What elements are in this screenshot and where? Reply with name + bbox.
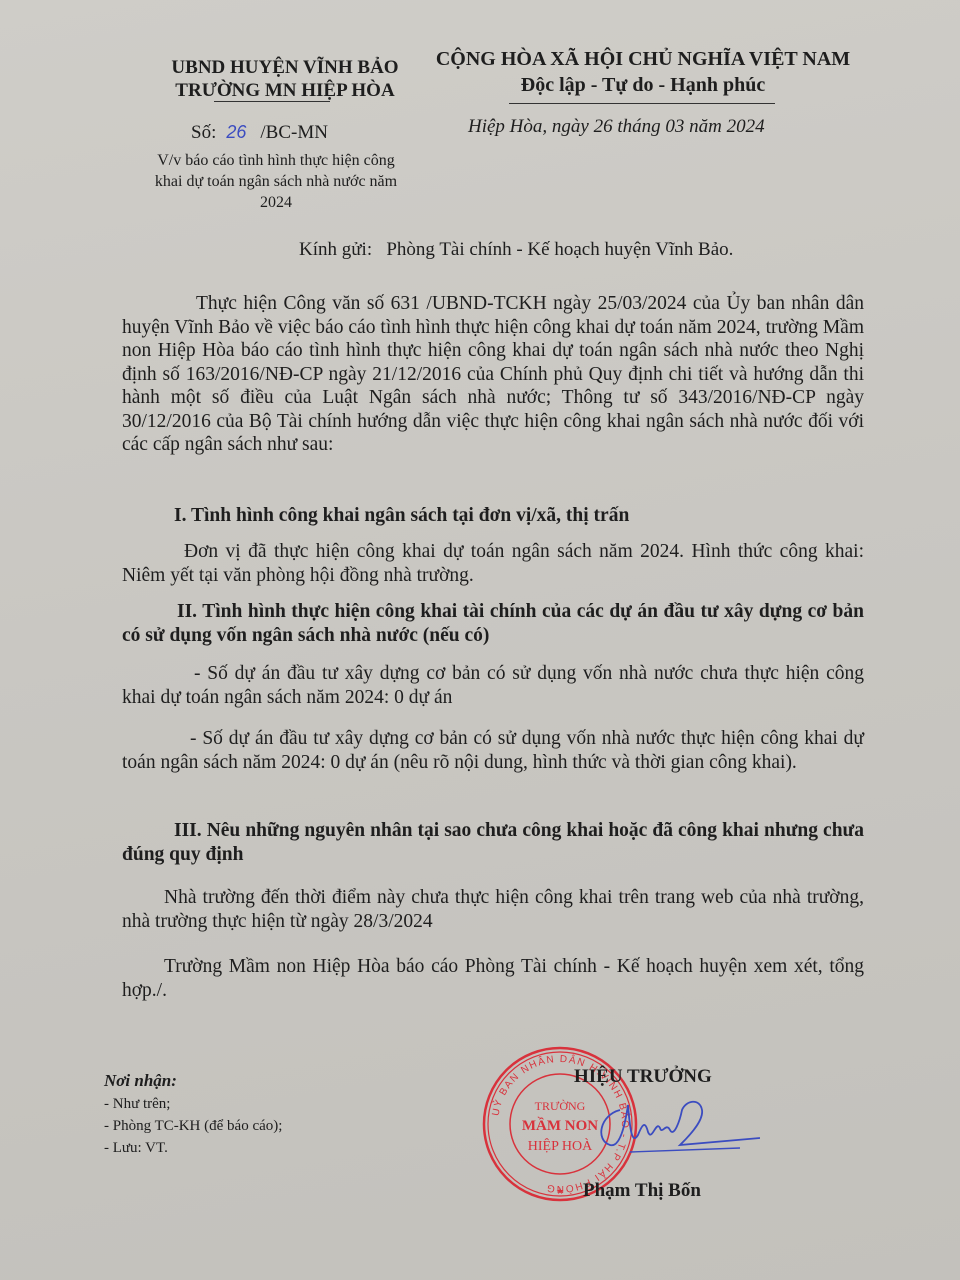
nation-line-1: CỘNG HÒA XÃ HỘI CHỦ NGHĨA VIỆT NAM <box>418 46 868 72</box>
issuing-agency: UBND HUYỆN VĨNH BẢO TRƯỜNG MN HIỆP HÒA <box>150 56 420 102</box>
section-3-text: Nhà trường đến thời điểm này chưa thực h… <box>122 886 864 933</box>
handwritten-signature <box>590 1090 760 1160</box>
recipient-line: Kính gửi: Phòng Tài chính - Kế hoạch huy… <box>299 239 733 261</box>
signer-title: HIỆU TRƯỞNG <box>574 1066 712 1088</box>
stamp-line-3: HIỆP HOÀ <box>528 1137 593 1154</box>
section-3-heading: III. Nêu những nguyên nhân tại sao chưa … <box>122 819 864 866</box>
recipients-block: Nơi nhận: - Như trên; - Phòng TC-KH (để … <box>104 1070 282 1159</box>
intro-paragraph: Thực hiện Công văn số 631 /UBND-TCKH ngà… <box>122 292 864 457</box>
closing-paragraph: Trường Mầm non Hiệp Hòa báo cáo Phòng Tà… <box>122 955 864 1002</box>
agency-underline <box>214 101 330 102</box>
agency-line-1: UBND HUYỆN VĨNH BẢO <box>150 56 420 79</box>
stamp-line-2: MẦM NON <box>522 1117 598 1134</box>
national-motto: CỘNG HÒA XÃ HỘI CHỦ NGHĨA VIỆT NAM Độc l… <box>418 46 868 98</box>
document-subject: V/v báo cáo tình hình thực hiện công kha… <box>146 150 406 213</box>
nation-line-2: Độc lập - Tự do - Hạnh phúc <box>418 72 868 98</box>
recipients-title: Nơi nhận <box>104 1071 171 1090</box>
signer-name: Phạm Thị Bốn <box>583 1180 701 1202</box>
section-1-heading: I. Tình hình công khai ngân sách tại đơn… <box>122 504 864 528</box>
doc-number-handwritten: 26 <box>226 122 246 142</box>
recipient-item: - Lưu: VT. <box>104 1137 282 1159</box>
document-number: Số:26/BC-MN <box>191 122 328 144</box>
section-1-text: Đơn vị đã thực hiện công khai dự toán ng… <box>122 540 864 587</box>
doc-number-suffix: /BC-MN <box>260 122 328 143</box>
doc-number-label: Số: <box>191 122 216 143</box>
stamp-line-1: TRƯỜNG <box>535 1099 586 1113</box>
section-2-item-2: - Số dự án đầu tư xây dựng cơ bản có sử … <box>122 727 864 774</box>
section-2-heading: II. Tình hình thực hiện công khai tài ch… <box>122 600 864 647</box>
stamp-star-icon: ★ <box>556 1186 564 1196</box>
place-date: Hiệp Hòa, ngày 26 tháng 03 năm 2024 <box>468 116 765 138</box>
recipient-item: - Phòng TC-KH (để báo cáo); <box>104 1115 282 1137</box>
motto-underline <box>509 103 775 104</box>
section-2-item-1: - Số dự án đầu tư xây dựng cơ bản có sử … <box>122 662 864 709</box>
agency-line-2: TRƯỜNG MN HIỆP HÒA <box>150 79 420 102</box>
recipient-item: - Như trên; <box>104 1093 282 1115</box>
